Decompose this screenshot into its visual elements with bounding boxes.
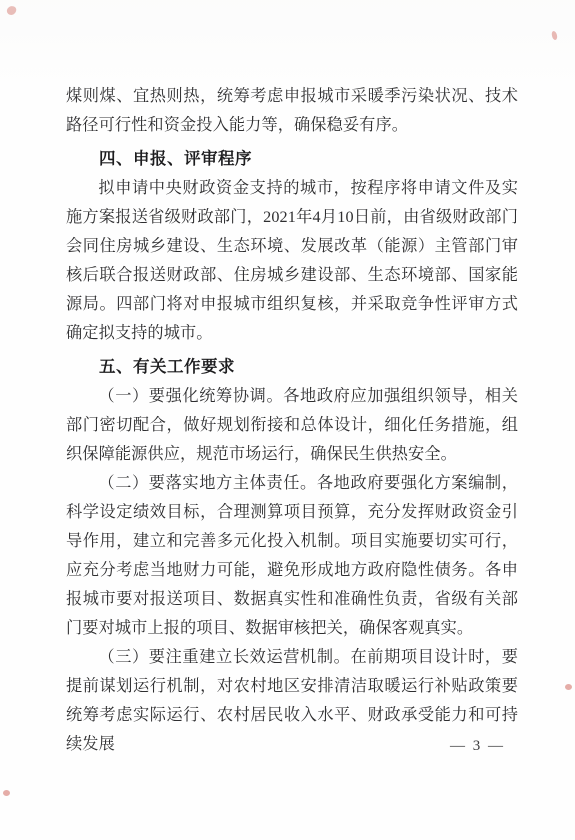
red-ink-mark-top-right <box>551 31 558 41</box>
red-ink-mark-top-left <box>6 5 17 16</box>
paragraph-section-4: 拟申请中央财政资金支持的城市，按程序将申请文件及实施方案报送省级财政部门，202… <box>66 174 518 348</box>
section-heading-4: 四、申报、评审程序 <box>66 145 518 174</box>
red-ink-mark-right-lower <box>565 684 572 690</box>
paragraph-item-2: （二）要落实地方主体责任。各地政府要强化方案编制，科学设定绩效目标，合理测算项目… <box>66 469 518 643</box>
document-text-area: 煤则煤、宜热则热，统筹考虑申报城市采暖季污染状况、技术路径可行性和资金投入能力等… <box>66 82 518 759</box>
paragraph-continuation: 煤则煤、宜热则热，统筹考虑申报城市采暖季污染状况、技术路径可行性和资金投入能力等… <box>66 82 518 140</box>
document-page: 煤则煤、宜热则热，统筹考虑申报城市采暖季污染状况、技术路径可行性和资金投入能力等… <box>0 0 575 840</box>
page-number: — 3 — <box>450 736 505 756</box>
paragraph-item-1: （一）要强化统筹协调。各地政府应加强组织领导，相关部门密切配合，做好规划衔接和总… <box>66 382 518 469</box>
section-heading-5: 五、有关工作要求 <box>66 353 518 382</box>
red-ink-mark-bottom-left <box>3 790 10 796</box>
